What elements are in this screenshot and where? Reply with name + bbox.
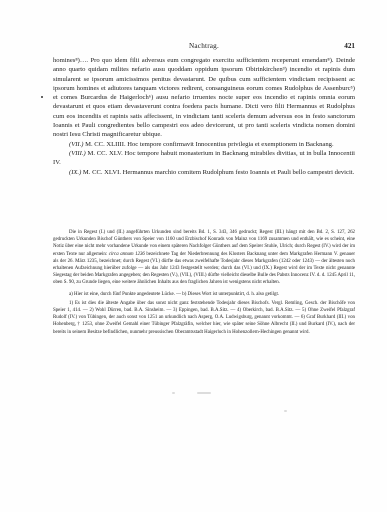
entry-text: M. CC. XLIIII. Hoc tempore confirmavit I… (85, 141, 333, 148)
entry-text: M. CC. XLVI. Hermannus marchio comitem R… (83, 169, 354, 176)
footnotes: Die in Regest (I.) und (II.) angeführten… (53, 229, 355, 336)
annal-entry: (IX.) M. CC. XLVI. Hermannus marchio com… (53, 168, 355, 177)
editorial-note: Die in Regest (I.) und (II.) angeführten… (53, 229, 355, 287)
running-title: Nachtrag. (53, 42, 355, 50)
entry-text: M. CC. XLV. Hoc tempore habuit monasteri… (53, 150, 355, 166)
numbered-footnotes: 1) Es ist dies die älteste Angabe über d… (53, 300, 355, 336)
note-italic: circa annum 1236 (109, 252, 145, 257)
entry-number: (IX.) (69, 169, 81, 176)
entry-number: (VII.) (69, 141, 83, 148)
main-paragraph: homines⁸)…. Pro quo idem filii adversus … (53, 56, 355, 140)
main-text: homines⁸)…. Pro quo idem filii adversus … (53, 56, 355, 177)
scan-speck (197, 392, 211, 394)
lettered-footnotes: a) Hier ist eine, durch fünf Punkte ange… (53, 291, 355, 298)
entry-number: (VIII.) (69, 150, 86, 157)
margin-mark (41, 96, 43, 98)
running-header: Nachtrag. 421 (53, 42, 355, 52)
scan-speck (172, 392, 175, 394)
annal-entry: (VIII.) M. CC. XLV. Hoc tempore habuit m… (53, 149, 355, 168)
annal-entry: (VII.) M. CC. XLIIII. Hoc tempore confir… (53, 140, 355, 149)
scan-speck (284, 410, 287, 412)
scanned-page: Nachtrag. 421 homines⁸)…. Pro quo idem f… (0, 0, 387, 512)
page-number: 421 (344, 42, 355, 50)
